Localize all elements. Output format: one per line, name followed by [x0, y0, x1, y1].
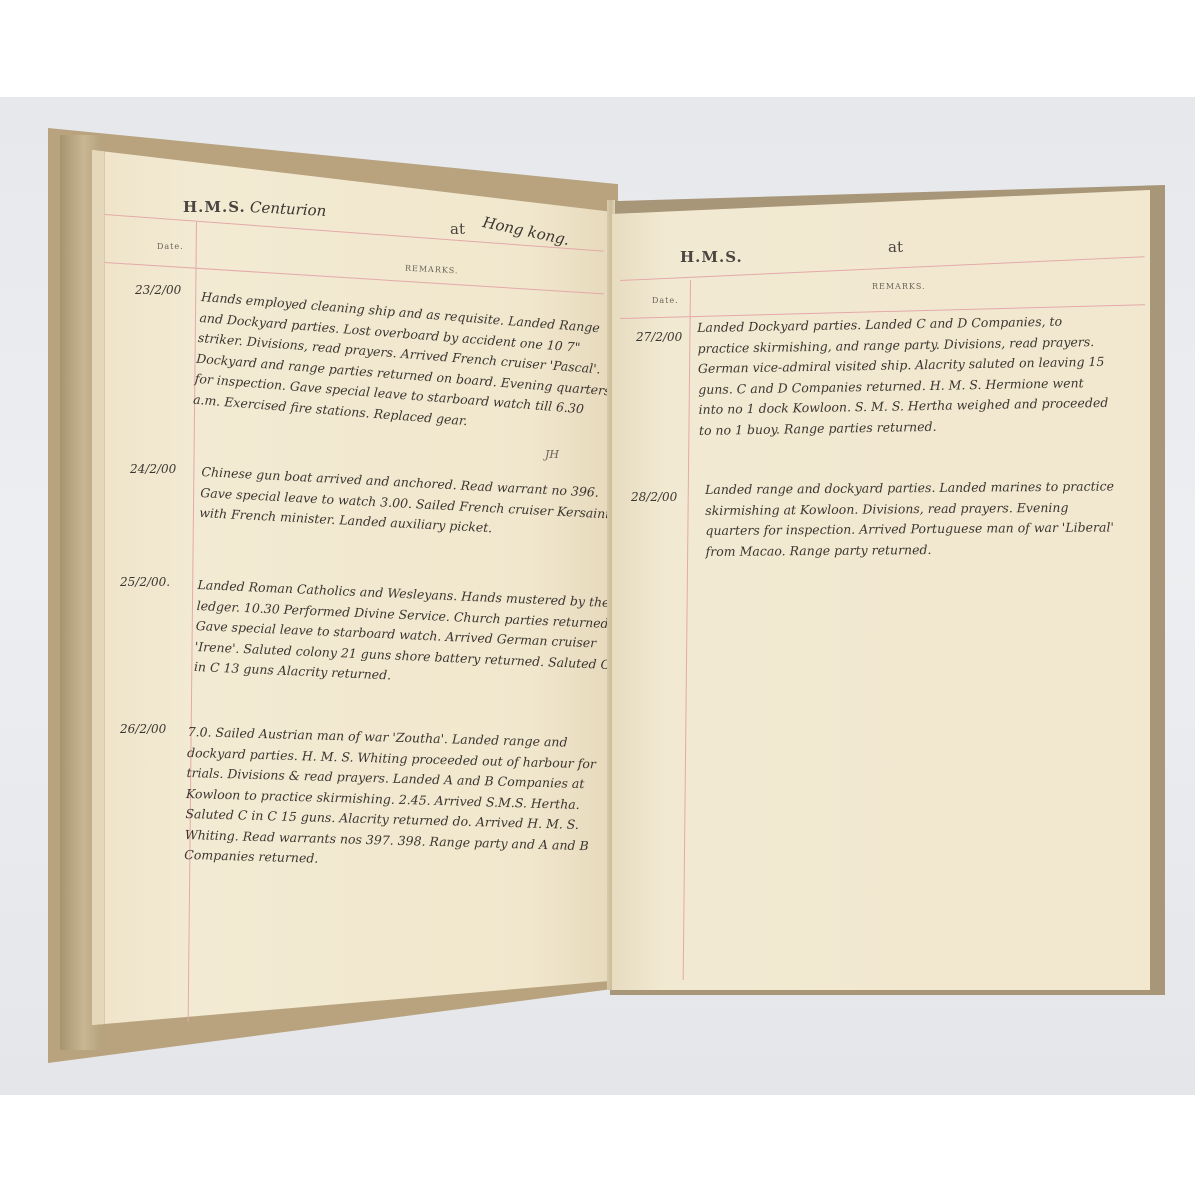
entry-date: 25/2/00. — [120, 575, 170, 589]
entry-remarks: Landed Dockyard parties. Landed C and D … — [697, 311, 1109, 441]
right-hms-label: H.M.S. — [680, 248, 743, 266]
right-date-header: Date. — [652, 296, 679, 305]
entry-remarks: Landed range and dockyard parties. Lande… — [705, 476, 1116, 562]
left-date-header: Date. — [157, 242, 184, 251]
entry-initials: JH — [545, 448, 559, 461]
right-page — [612, 190, 1150, 990]
entry-date: 24/2/00 — [130, 462, 176, 476]
right-at-label: at — [888, 238, 903, 256]
entry-remarks: 7.0. Sailed Austrian man of war 'Zoutha'… — [184, 722, 608, 877]
page-edge-pleat — [92, 150, 105, 1025]
left-at-label: at — [450, 220, 465, 238]
entry-date: 23/2/00 — [135, 283, 181, 297]
left-hms-label: H.M.S. — [183, 198, 246, 216]
entry-date: 27/2/00 — [636, 330, 682, 344]
entry-date: 26/2/00 — [120, 722, 166, 736]
entry-date: 28/2/00 — [631, 490, 677, 504]
entry-remarks: Landed Roman Catholics and Wesleyans. Ha… — [194, 575, 618, 696]
right-remarks-header: REMARKS. — [872, 282, 926, 291]
